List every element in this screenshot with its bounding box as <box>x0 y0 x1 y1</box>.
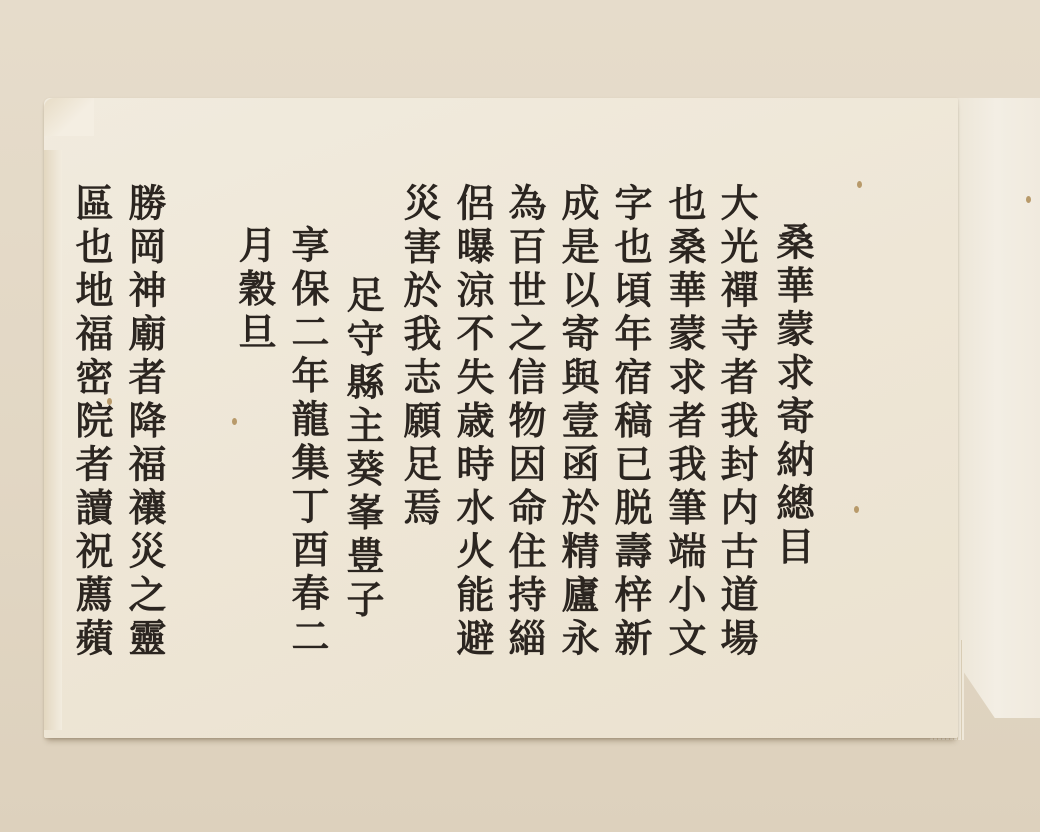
text-column: 災害於我志願足焉 <box>395 183 443 531</box>
text-column: 字也頃年宿稿已脱壽梓新 <box>606 183 654 662</box>
adjacent-page <box>950 98 1040 718</box>
text-column: 區也地福密院者讀祝薦蘋 <box>67 183 115 662</box>
text-column: 大光禪寺者我封内古道場 <box>712 183 760 662</box>
wormhole <box>1026 196 1031 203</box>
text-column: 成是以寄與壹函於精廬永 <box>553 183 601 662</box>
text-column: 為百世之信物因命住持緇 <box>500 183 548 662</box>
wormhole <box>232 418 237 425</box>
text-column: 侶曝涼不失歳時水火能避 <box>448 183 496 662</box>
date-column: 享保二年龍集丁酉春二 <box>283 225 331 660</box>
signature-column: 足守縣主葵峯豊子 <box>338 275 386 623</box>
date-column: 月穀旦 <box>230 225 278 356</box>
page-fold-edge <box>44 150 62 730</box>
text-column: 勝岡神廟者降福禳災之靈 <box>120 183 168 662</box>
title-column: 桑華蒙求寄納總目 <box>768 222 816 570</box>
text-column: 也桑華蒙求者我筆端小文 <box>660 183 708 662</box>
wormhole <box>854 506 859 513</box>
wormhole <box>857 181 862 188</box>
